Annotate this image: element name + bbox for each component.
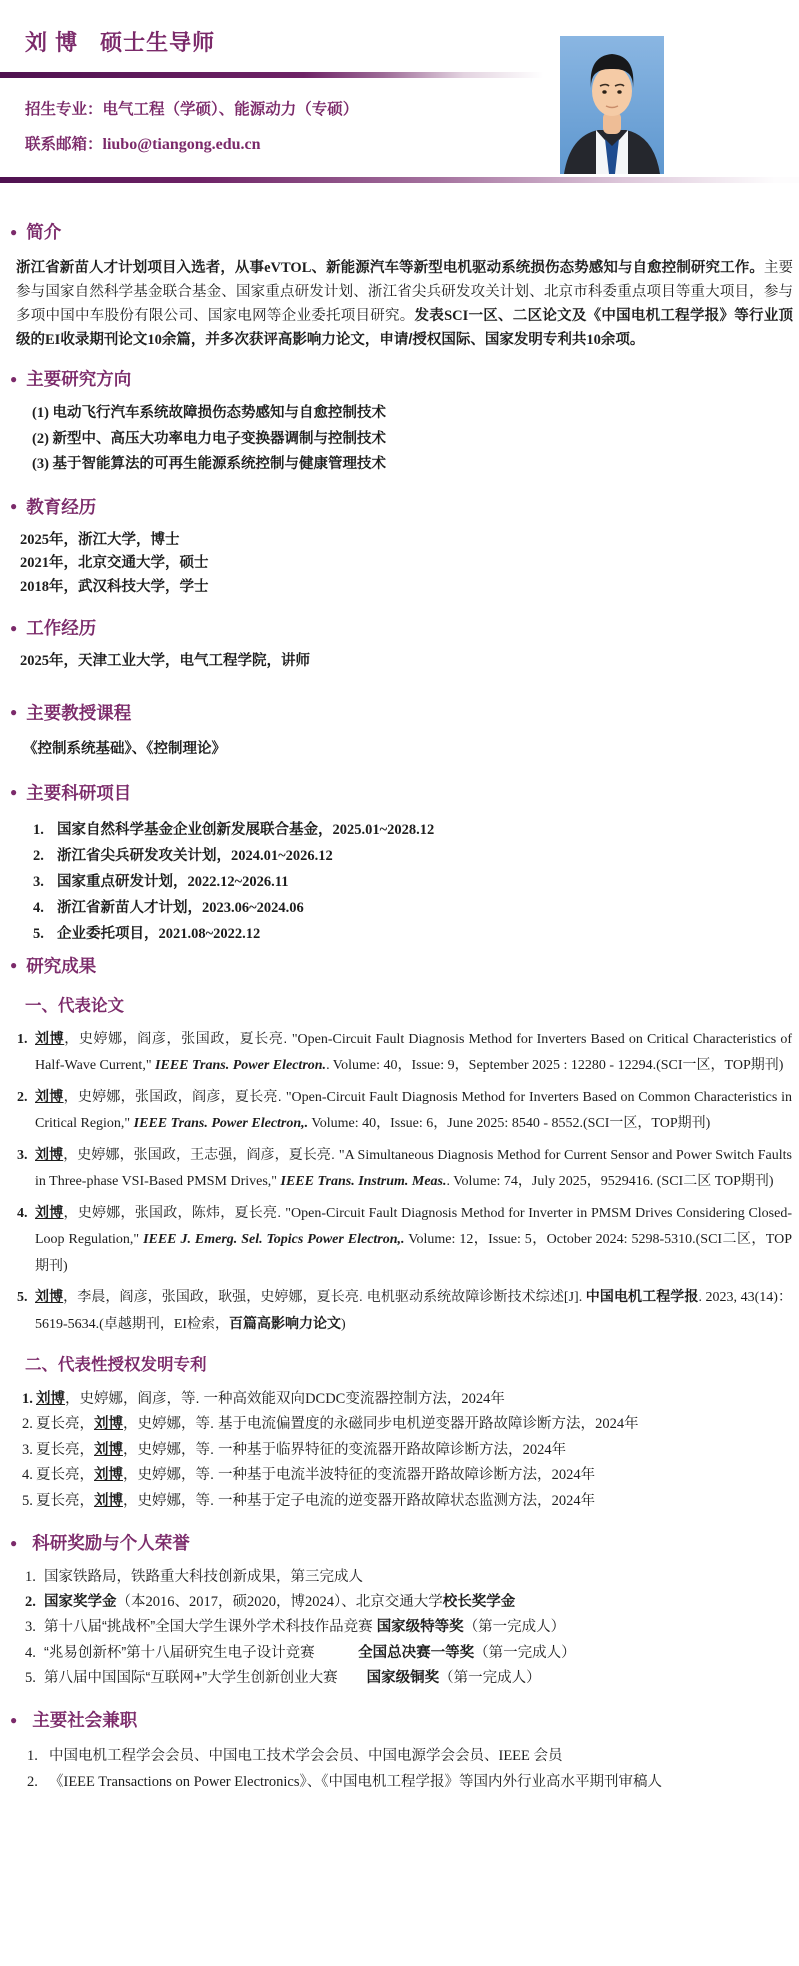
- item-number: 1.: [22, 1387, 33, 1412]
- work-heading: ●工作经历: [10, 615, 799, 640]
- project-item: 4.浙江省新苗人才计划，2023.06~2024.06: [33, 895, 793, 921]
- social-heading: ●主要社会兼职: [10, 1707, 799, 1732]
- bullet-icon: ●: [10, 373, 17, 385]
- direction-item: (1) 电动飞行汽车系统故障损伤态势感知与自愈控制技术: [32, 401, 799, 427]
- section-awards: ●科研奖励与个人荣誉 1.国家铁路局，铁路重大科技创新成果，第三完成人 2.国家…: [0, 1530, 799, 1691]
- papers-list: 1.刘博，史婷娜，阎彦，张国政，夏长亮. "Open-Circuit Fault…: [18, 1026, 792, 1338]
- directions-list: (1) 电动飞行汽车系统故障损伤态势感知与自愈控制技术 (2) 新型中、高压大功…: [32, 401, 799, 478]
- awards-heading: ●科研奖励与个人荣誉: [10, 1530, 799, 1555]
- award-item: 3.第十八届“挑战杯”全国大学生课外学术科技作品竞赛 国家级特等奖（第一完成人）: [25, 1615, 792, 1640]
- award-item: 5.第八届中国国际“互联网+”大学生创新创业大赛 国家级铜奖（第一完成人）: [25, 1666, 792, 1691]
- item-number: 1.: [33, 817, 44, 843]
- award-item: 2.国家奖学金（本2016、2017，硕2020，博2024）、北京交通大学校长…: [25, 1590, 792, 1615]
- intro-heading: ●简介: [10, 219, 799, 244]
- awards-list: 1.国家铁路局，铁路重大科技创新成果，第三完成人 2.国家奖学金（本2016、2…: [25, 1565, 792, 1691]
- majors-label: 招生专业：: [25, 101, 103, 118]
- courses-line-wrap: 《控制系统基础》、《控制理论》: [23, 737, 799, 758]
- person-title: 硕士生导师: [100, 30, 215, 55]
- bullet-icon: ●: [10, 959, 17, 971]
- item-number: 4.: [25, 1641, 36, 1666]
- header-divider-bottom: [0, 177, 799, 183]
- section-research-directions: ●主要研究方向 (1) 电动飞行汽车系统故障损伤态势感知与自愈控制技术 (2) …: [0, 366, 799, 478]
- direction-item: (3) 基于智能算法的可再生能源系统控制与健康管理技术: [32, 452, 799, 478]
- education-item: 2021年，北京交通大学，硕士: [20, 552, 799, 576]
- item-number: 1.: [17, 1026, 28, 1053]
- item-number: 3.: [17, 1142, 28, 1169]
- person-name: 刘 博: [25, 30, 78, 55]
- award-item: 4.“兆易创新杯”第十八届研究生电子设计竞赛 全国总决赛一等奖（第一完成人）: [25, 1641, 792, 1666]
- section-social: ●主要社会兼职 1.中国电机工程学会会员、中国电工技术学会会员、中国电源学会会员…: [0, 1707, 799, 1795]
- profile-body: ●简介 浙江省新苗人才计划项目入选者，从事eVTOL、新能源汽车等新型电机驱动系…: [0, 183, 799, 1795]
- intro-paragraph: 浙江省新苗人才计划项目入选者，从事eVTOL、新能源汽车等新型电机驱动系统损伤态…: [16, 256, 793, 352]
- profile-header: 刘 博硕士生导师 招生专业：电气工程（学硕）、能源动力（专硕） 联系邮箱：liu…: [0, 0, 799, 183]
- paper-item: 1.刘博，史婷娜，阎彦，张国政，夏长亮. "Open-Circuit Fault…: [18, 1026, 792, 1079]
- project-item: 5.企业委托项目，2021.08~2022.12: [33, 921, 793, 947]
- work-item: 2025年，天津工业大学，电气工程学院，讲师: [20, 650, 799, 674]
- bullet-icon: ●: [10, 500, 17, 512]
- header-divider: [0, 72, 799, 78]
- project-item: 2.浙江省尖兵研发攻关计划，2024.01~2026.12: [33, 843, 793, 869]
- section-courses: ●主要教授课程 《控制系统基础》、《控制理论》: [0, 700, 799, 758]
- work-list: 2025年，天津工业大学，电气工程学院，讲师: [20, 650, 799, 674]
- courses-line: 《控制系统基础》、《控制理论》: [23, 737, 799, 758]
- patents-subheading: 二、代表性授权发明专利: [25, 1351, 799, 1375]
- bullet-icon: ●: [10, 1537, 17, 1549]
- bullet-icon: ●: [10, 1714, 17, 1726]
- item-number: 5.: [25, 1666, 36, 1691]
- item-number: 3.: [33, 869, 44, 895]
- majors-value: 电气工程（学硕）、能源动力（专硕）: [103, 101, 359, 118]
- paper-item: 2.刘博，史婷娜，张国政，阎彦，夏长亮. "Open-Circuit Fault…: [18, 1084, 792, 1137]
- projects-list: 1.国家自然科学基金企业创新发展联合基金，2025.01~2028.12 2.浙…: [33, 817, 793, 947]
- patent-item: 5.夏长亮，刘博，史婷娜，等. 一种基于定子电流的逆变器开路故障状态监测方法，2…: [22, 1489, 792, 1514]
- item-number: 2.: [33, 843, 44, 869]
- patent-item: 4.夏长亮，刘博，史婷娜，等. 一种基于电流半波特征的变流器开路故障诊断方法，2…: [22, 1463, 792, 1488]
- item-number: 3.: [22, 1438, 33, 1463]
- item-number: 2.: [27, 1769, 38, 1795]
- item-number: 4.: [33, 895, 44, 921]
- social-item: 2.《IEEE Transactions on Power Electronic…: [27, 1769, 792, 1795]
- item-number: 5.: [17, 1284, 28, 1311]
- item-number: 2.: [17, 1084, 28, 1111]
- email-line: 联系邮箱：liubo@tiangong.edu.cn: [25, 132, 358, 154]
- section-intro: ●简介 浙江省新苗人才计划项目入选者，从事eVTOL、新能源汽车等新型电机驱动系…: [0, 219, 799, 352]
- email-address[interactable]: liubo@tiangong.edu.cn: [103, 136, 261, 153]
- education-item: 2018年，武汉科技大学，学士: [20, 576, 799, 600]
- item-number: 2.: [25, 1590, 36, 1615]
- patents-list: 1.刘博，史婷娜，阎彦，等. 一种高效能双向DCDC变流器控制方法，2024年 …: [22, 1387, 792, 1514]
- achievements-heading: ●研究成果: [10, 953, 799, 978]
- page-title: 刘 博硕士生导师: [25, 26, 215, 57]
- bullet-icon: ●: [10, 622, 17, 634]
- project-item: 3.国家重点研发计划，2022.12~2026.11: [33, 869, 793, 895]
- section-work: ●工作经历 2025年，天津工业大学，电气工程学院，讲师: [0, 615, 799, 674]
- item-number: 3.: [25, 1615, 36, 1640]
- projects-heading: ●主要科研项目: [10, 780, 799, 805]
- section-achievements: ●研究成果 一、代表论文 1.刘博，史婷娜，阎彦，张国政，夏长亮. "Open-…: [0, 953, 799, 1515]
- majors-line: 招生专业：电气工程（学硕）、能源动力（专硕）: [25, 97, 358, 119]
- paper-item: 5.刘博，李晨，阎彦，张国政，耿强，史婷娜，夏长亮. 电机驱动系统故障诊断技术综…: [18, 1284, 792, 1337]
- paper-item: 3.刘博，史婷娜，张国政，王志强，阎彦，夏长亮. "A Simultaneous…: [18, 1142, 792, 1195]
- education-heading: ●教育经历: [10, 494, 799, 519]
- education-item: 2025年，浙江大学，博士: [20, 529, 799, 553]
- faculty-profile-page: 刘 博硕士生导师 招生专业：电气工程（学硕）、能源动力（专硕） 联系邮箱：liu…: [0, 0, 799, 1966]
- item-number: 4.: [22, 1463, 33, 1488]
- section-education: ●教育经历 2025年，浙江大学，博士 2021年，北京交通大学，硕士 2018…: [0, 494, 799, 600]
- section-projects: ●主要科研项目 1.国家自然科学基金企业创新发展联合基金，2025.01~202…: [0, 780, 799, 947]
- patent-item: 3.夏长亮，刘博，史婷娜，等. 一种基于临界特征的变流器开路故障诊断方法，202…: [22, 1438, 792, 1463]
- bullet-icon: ●: [10, 786, 17, 798]
- profile-photo: [560, 36, 664, 174]
- portrait-avatar: [560, 36, 664, 174]
- item-number: 5.: [22, 1489, 33, 1514]
- courses-heading: ●主要教授课程: [10, 700, 799, 725]
- item-number: 2.: [22, 1412, 33, 1437]
- contact-block: 招生专业：电气工程（学硕）、能源动力（专硕） 联系邮箱：liubo@tiango…: [25, 97, 358, 167]
- direction-item: (2) 新型中、高压大功率电力电子变换器调制与控制技术: [32, 427, 799, 453]
- papers-subheading: 一、代表论文: [25, 992, 799, 1016]
- item-number: 1.: [27, 1743, 38, 1769]
- social-item: 1.中国电机工程学会会员、中国电工技术学会会员、中国电源学会会员、IEEE 会员: [27, 1743, 792, 1769]
- award-item: 1.国家铁路局，铁路重大科技创新成果，第三完成人: [25, 1565, 792, 1590]
- email-label: 联系邮箱：: [25, 136, 103, 153]
- directions-heading: ●主要研究方向: [10, 366, 799, 391]
- item-number: 5.: [33, 921, 44, 947]
- item-number: 4.: [17, 1200, 28, 1227]
- item-number: 1.: [25, 1565, 36, 1590]
- patent-item: 1.刘博，史婷娜，阎彦，等. 一种高效能双向DCDC变流器控制方法，2024年: [22, 1387, 792, 1412]
- paper-item: 4.刘博，史婷娜，张国政，陈炜，夏长亮. "Open-Circuit Fault…: [18, 1200, 792, 1280]
- social-list: 1.中国电机工程学会会员、中国电工技术学会会员、中国电源学会会员、IEEE 会员…: [27, 1743, 792, 1795]
- bullet-icon: ●: [10, 706, 17, 718]
- patent-item: 2.夏长亮，刘博，史婷娜，等. 基于电流偏置度的永磁同步电机逆变器开路故障诊断方…: [22, 1412, 792, 1437]
- bullet-icon: ●: [10, 226, 17, 238]
- project-item: 1.国家自然科学基金企业创新发展联合基金，2025.01~2028.12: [33, 817, 793, 843]
- education-list: 2025年，浙江大学，博士 2021年，北京交通大学，硕士 2018年，武汉科技…: [20, 529, 799, 600]
